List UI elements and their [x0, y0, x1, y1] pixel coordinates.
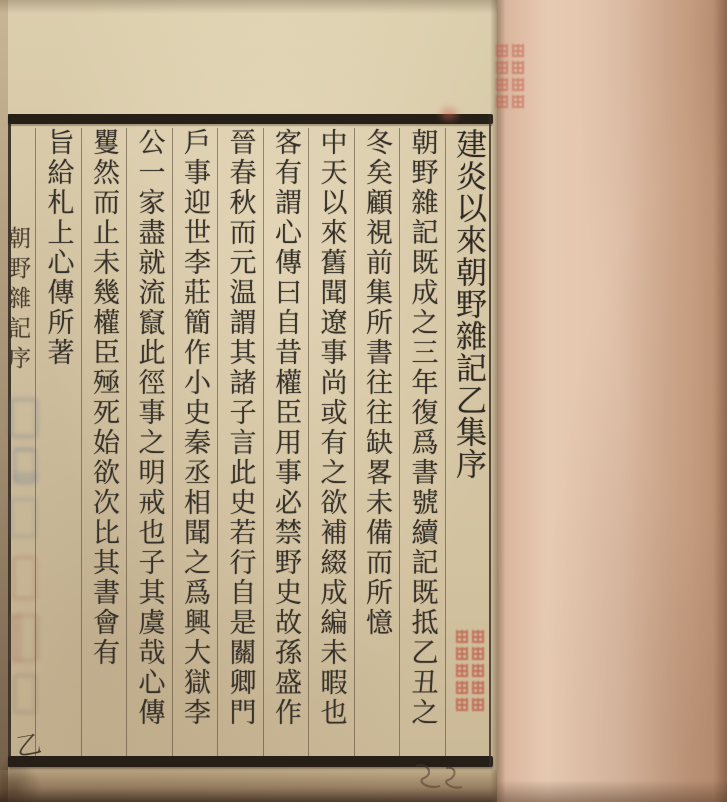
seal-glyph: [456, 630, 468, 643]
seal-glyph: [472, 647, 484, 660]
seal-glyph: [512, 95, 524, 108]
book-spine-edge: [0, 0, 8, 802]
collector-seal-middle: [456, 630, 489, 720]
seal-glyph: [496, 95, 508, 108]
page-top-shadow: [0, 0, 500, 14]
text-column-8: 公一家盡就流竄此徑事之明戒也子其虞哉心傳: [126, 128, 172, 756]
seal-glyph: [456, 681, 468, 694]
text-column-5: 客有謂心傳曰自昔權臣用事必禁野史故孫盛作: [263, 128, 309, 756]
text-column-9: 矍然而止未幾權臣殛死始欲次比其書會有: [81, 128, 127, 756]
bleed-through-seal: [13, 448, 37, 484]
book-photo: 建炎以來朝野雜記乙集序 朝野雜記既成之三年復爲書號續記既抵乙丑之 冬矣顧視前集所…: [0, 0, 727, 802]
text-column-4: 中天以來舊聞遼事尚或有之欲補綴成編未暇也: [308, 128, 354, 756]
seal-glyph: [496, 44, 508, 57]
seal-glyph: [456, 647, 468, 660]
page-bottom-shadow: [0, 770, 500, 802]
cover-right-edge-shadow: [713, 0, 727, 802]
seal-glyph: [512, 78, 524, 91]
frame-left-border: [8, 114, 11, 767]
red-ink-smudge: [436, 104, 462, 124]
cover-bottom-shadow: [497, 780, 727, 802]
text-column-10: 旨給札上心傳所著: [35, 128, 81, 756]
seal-glyph: [496, 61, 508, 74]
text-column-3: 冬矣顧視前集所書往往缺畧未備而所憶: [354, 128, 400, 756]
fold-crease: [490, 0, 506, 802]
margin-running-title: 朝野雜記序: [2, 226, 32, 376]
frame-top-border: [8, 114, 493, 124]
text-block: 建炎以來朝野雜記乙集序 朝野雜記既成之三年復爲書號續記既抵乙丑之 冬矣顧視前集所…: [35, 128, 490, 756]
seal-glyph: [472, 664, 484, 677]
bleed-through-seal: [10, 398, 38, 438]
printed-page: 建炎以來朝野雜記乙集序 朝野雜記既成之三年復爲書號續記既抵乙丑之 冬矣顧視前集所…: [0, 0, 500, 802]
seal-glyph: [512, 44, 524, 57]
seal-glyph: [472, 681, 484, 694]
seal-glyph: [456, 698, 468, 711]
collector-seal-top: [496, 44, 532, 114]
seal-glyph: [472, 698, 484, 711]
bleed-through-seal: [10, 614, 38, 662]
seal-glyph: [472, 630, 484, 643]
seal-glyph: [512, 61, 524, 74]
bleed-through-seal: [10, 498, 37, 538]
bleed-through-seal: [12, 556, 37, 600]
cover-leaf: [497, 0, 727, 802]
seal-glyph: [496, 78, 508, 91]
bleed-through-seal: [13, 674, 37, 714]
text-column-6: 晉春秋而元温謂其諸子言此史若行自是關卿門: [217, 128, 263, 756]
text-column-7: 戶事迎世李莊簡作小史秦丞相聞之爲興大獄李: [172, 128, 218, 756]
text-column-2: 朝野雜記既成之三年復爲書號續記既抵乙丑之: [399, 128, 445, 756]
seal-glyph: [456, 664, 468, 677]
